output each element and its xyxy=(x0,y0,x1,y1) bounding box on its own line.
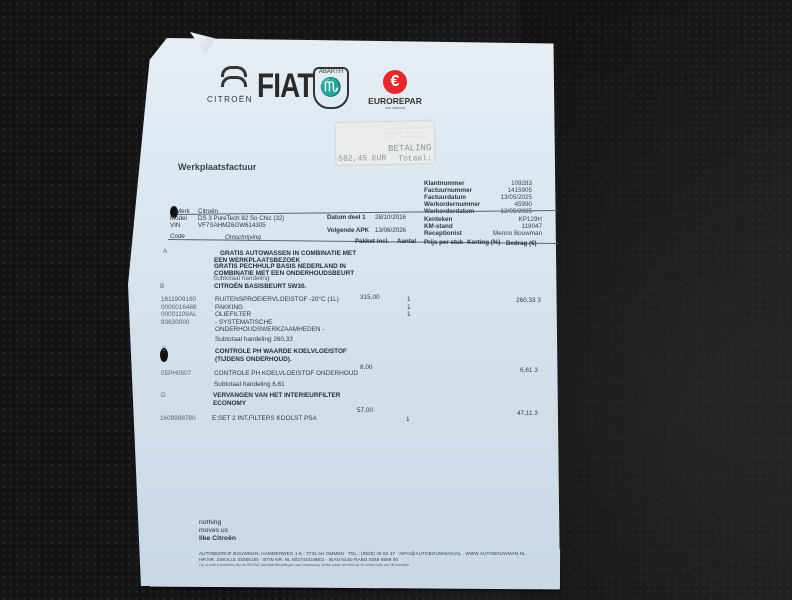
payment-receipt: ··· ·· ········ ······ ·· ········· ····… xyxy=(336,121,435,165)
section-b-title: CITROËN BASISBEURT 5W30. xyxy=(214,283,306,290)
merk-value: Citroën xyxy=(198,208,218,215)
section-b-code: B xyxy=(160,283,164,290)
invoice-info-value: 1415905 xyxy=(452,187,532,194)
eurorepar-logo: € EUROREPAR CAR SERVICE xyxy=(365,70,425,110)
section-d-bedrag: 47,11 3 xyxy=(517,410,538,417)
receipt-total-label: Totaal: xyxy=(398,154,432,164)
header-bedrag: Bedrag (€) xyxy=(506,240,537,247)
invoice-info-value: 109283 xyxy=(452,180,532,187)
footer-address: AUTOBEDRIJF BOUWMAN, HAMMERWEG 1-5 · 773… xyxy=(199,551,526,556)
kenteken-value: KP129H xyxy=(462,216,542,223)
section-b-subtotal: Subtotaal handeling 260,33 xyxy=(215,336,293,343)
footer-terms: Op al onze transacties zijn de BOVAG-sta… xyxy=(199,563,409,567)
section-d-code: D xyxy=(161,392,166,399)
section-b-pakket: 315,00 xyxy=(360,294,380,301)
model-value: DS 3 PureTech 82 So Chic (32) xyxy=(198,215,284,222)
receptionist-label: Receptionist xyxy=(424,230,462,237)
section-b-item-desc: ONDERHOUDSWERKZAAMHEDEN - xyxy=(215,326,324,333)
section-b-item-qty: 1 xyxy=(407,296,411,303)
merk-label: Merk xyxy=(176,208,190,215)
abarth-logo: ABARTH ♏ xyxy=(313,67,349,109)
km-value: 119047 xyxy=(462,223,542,230)
section-d-title-2: ECONOMY xyxy=(213,400,246,407)
fiat-logo: FIAT xyxy=(257,67,314,106)
invoice-info-value: 13/05/2025 xyxy=(452,194,532,201)
section-b-item-code: 0000016488 xyxy=(161,304,197,311)
section-b-item-code: 00001109AL xyxy=(161,311,197,318)
section-b-item-code: 93830000 xyxy=(161,319,189,326)
datum-deel1-label: Datum deel 1 xyxy=(327,214,366,221)
citroen-logo: CITROËN xyxy=(207,62,259,106)
section-c-title: CONTROLE PH WAARDE KOELVLOEISTOF xyxy=(215,348,347,355)
header-korting: Korting (%) xyxy=(467,239,500,246)
section-b-item-desc: PAKKING xyxy=(215,304,243,311)
km-label: KM-stand xyxy=(424,223,453,230)
invoice-info-value: 45990 xyxy=(452,201,532,208)
receipt-amount: 582,45 EUR xyxy=(338,154,386,164)
section-d-pakket: 57,00 xyxy=(357,407,373,414)
invoice-document: CITROËN FIAT ABARTH ♏ € EUROREPAR CAR SE… xyxy=(0,0,792,600)
citroen-wordmark: CITROËN xyxy=(207,95,253,104)
eurorepar-subtitle: CAR SERVICE xyxy=(365,106,425,110)
section-d-item-desc: E:SET 2 INT.FILTERS KOOLST PSA xyxy=(212,415,317,422)
header-pakket: Pakket incl. xyxy=(355,238,389,245)
section-b-bedrag: 260,33 3 xyxy=(516,297,541,304)
section-b-item-desc: - SYSTEMATISCHE xyxy=(215,319,272,326)
section-d-title: VERVANGEN VAN HET INTERIEURFILTER xyxy=(213,392,340,399)
document-title: Werkplaatsfactuur xyxy=(178,162,256,172)
receptionist-value: Menno Bouwman xyxy=(462,230,542,237)
abarth-wordmark: ABARTH xyxy=(319,69,343,75)
datum-deel1-value: 28/10/2016 xyxy=(375,214,406,221)
section-c-bedrag: 6,61 3 xyxy=(520,367,538,374)
slogan-line: like Citroën xyxy=(199,535,236,543)
section-b-item-desc: OLIEFILTER xyxy=(215,311,251,318)
section-b-item-code: 1611909180 xyxy=(161,296,196,303)
eurorepar-wordmark: EUROREPAR xyxy=(365,96,425,106)
section-a-subtotal: Subtotaal handeling xyxy=(213,275,270,282)
kenteken-label: Kenteken xyxy=(424,216,452,223)
section-a-code: A xyxy=(163,248,167,255)
slogan-line: moves us xyxy=(199,527,228,535)
slogan-line: nothing xyxy=(199,519,221,527)
receipt-heading: BETALING xyxy=(388,143,431,154)
section-b-item-desc: RUITENSPROEIERVLOEISTOF -20°C (1L) xyxy=(215,296,339,303)
section-c-item-code: 05PH0507 xyxy=(161,370,191,377)
apk-label: Volgende APK xyxy=(327,227,369,234)
footer-registration: HR.NR. ZWOLLE 05056165 · BTW NR. NL 8037… xyxy=(199,557,398,562)
section-c-pakket: 8,00 xyxy=(360,364,372,371)
section-c-title-2: (TIJDENS ONDERHOUD). xyxy=(215,356,292,363)
header-prijs: Prijs per stuk xyxy=(424,239,463,246)
section-d-qty: 1 xyxy=(406,416,410,423)
eurorepar-e-icon: € xyxy=(383,70,407,94)
section-d-item-code: 1609998780 xyxy=(160,415,196,422)
section-c-subtotal: Subtotaal handeling 6,61 xyxy=(214,381,285,388)
vin-value: VF7SAHMZ6GW614305 xyxy=(198,222,266,229)
section-c-code: C xyxy=(162,346,167,353)
citroen-chevron-icon xyxy=(221,76,247,87)
apk-value: 13/06/2026 xyxy=(375,227,406,234)
scorpion-icon: ♏ xyxy=(315,77,347,98)
section-b-item-qty: 1 xyxy=(407,304,411,311)
vin-label: VIN xyxy=(170,222,180,229)
section-c-item-desc: CONTROLE PH KOELVLOEISTOF ONDERHOUD xyxy=(214,370,358,377)
header-aantal: Aantal xyxy=(397,238,416,245)
section-b-item-qty: 1 xyxy=(407,311,411,318)
model-label: Model xyxy=(170,215,187,222)
